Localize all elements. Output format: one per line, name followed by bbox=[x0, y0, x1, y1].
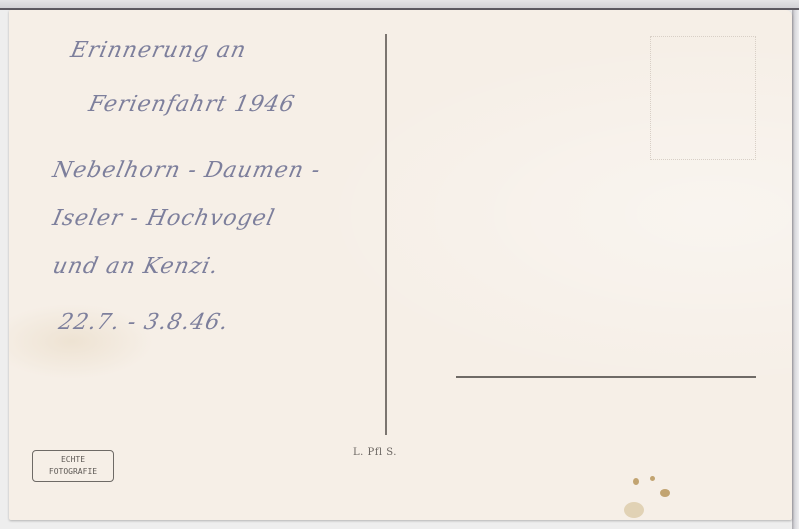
echte-fotografie-stamp: ECHTE FOTOGRAFIE bbox=[32, 450, 114, 482]
publisher-mark: L. Pfl S. bbox=[353, 447, 397, 458]
address-line bbox=[456, 376, 756, 378]
stain-spot bbox=[633, 478, 639, 485]
stamp-placement-box bbox=[650, 36, 756, 160]
center-divider-line bbox=[385, 34, 387, 435]
handwriting-line-5: und an Kenzi. bbox=[50, 254, 221, 279]
stain-spot bbox=[624, 502, 644, 518]
handwriting-line-4: Iseler - Hochvogel bbox=[50, 206, 277, 231]
stain-spot bbox=[660, 489, 670, 497]
handwriting-line-2: Ferienfahrt 1946 bbox=[86, 92, 297, 117]
scanner-right-edge bbox=[792, 10, 799, 529]
handwriting-line-1: Erinnerung an bbox=[68, 38, 249, 63]
handwriting-date: 22.7. - 3.8.46. bbox=[56, 310, 231, 335]
handwriting-line-3: Nebelhorn - Daumen - bbox=[50, 158, 323, 183]
postcard-back: Erinnerung an Ferienfahrt 1946 Nebelhorn… bbox=[9, 10, 792, 520]
stamp-line-2: FOTOGRAFIE bbox=[33, 466, 113, 478]
stain-spot bbox=[650, 476, 655, 481]
stamp-line-1: ECHTE bbox=[33, 454, 113, 466]
scanner-top-edge bbox=[0, 0, 799, 10]
